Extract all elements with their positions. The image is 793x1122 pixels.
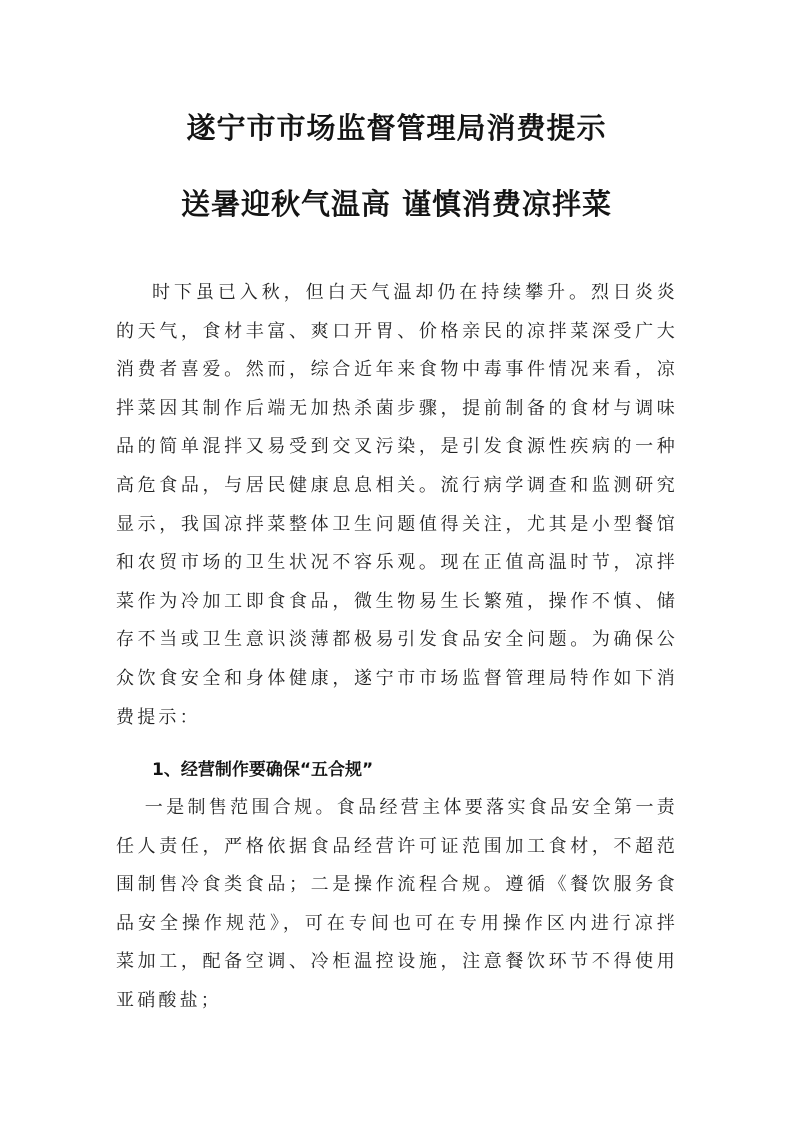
- section-body-1: 一是制售范围合规。食品经营主体要落实食品安全第一责任人责任，严格依据食品经营许可…: [116, 789, 678, 1021]
- intro-section: 时下虽已入秋，但白天气温却仍在持续攀升。烈日炎炎的天气，食材丰富、爽口开胃、价格…: [116, 274, 678, 737]
- document-title: 遂宁市市场监督管理局消费提示: [0, 108, 793, 148]
- intro-paragraph: 时下虽已入秋，但白天气温却仍在持续攀升。烈日炎炎的天气，食材丰富、爽口开胃、价格…: [116, 274, 678, 737]
- document-subtitle: 送暑迎秋气温高 谨慎消费凉拌菜: [0, 184, 793, 224]
- document-page: 遂宁市市场监督管理局消费提示 送暑迎秋气温高 谨慎消费凉拌菜 时下虽已入秋，但白…: [0, 0, 793, 1122]
- section-paragraph-1: 一是制售范围合规。食品经营主体要落实食品安全第一责任人责任，严格依据食品经营许可…: [116, 789, 678, 1021]
- section-heading-1: 1、经营制作要确保“五合规”: [152, 752, 373, 788]
